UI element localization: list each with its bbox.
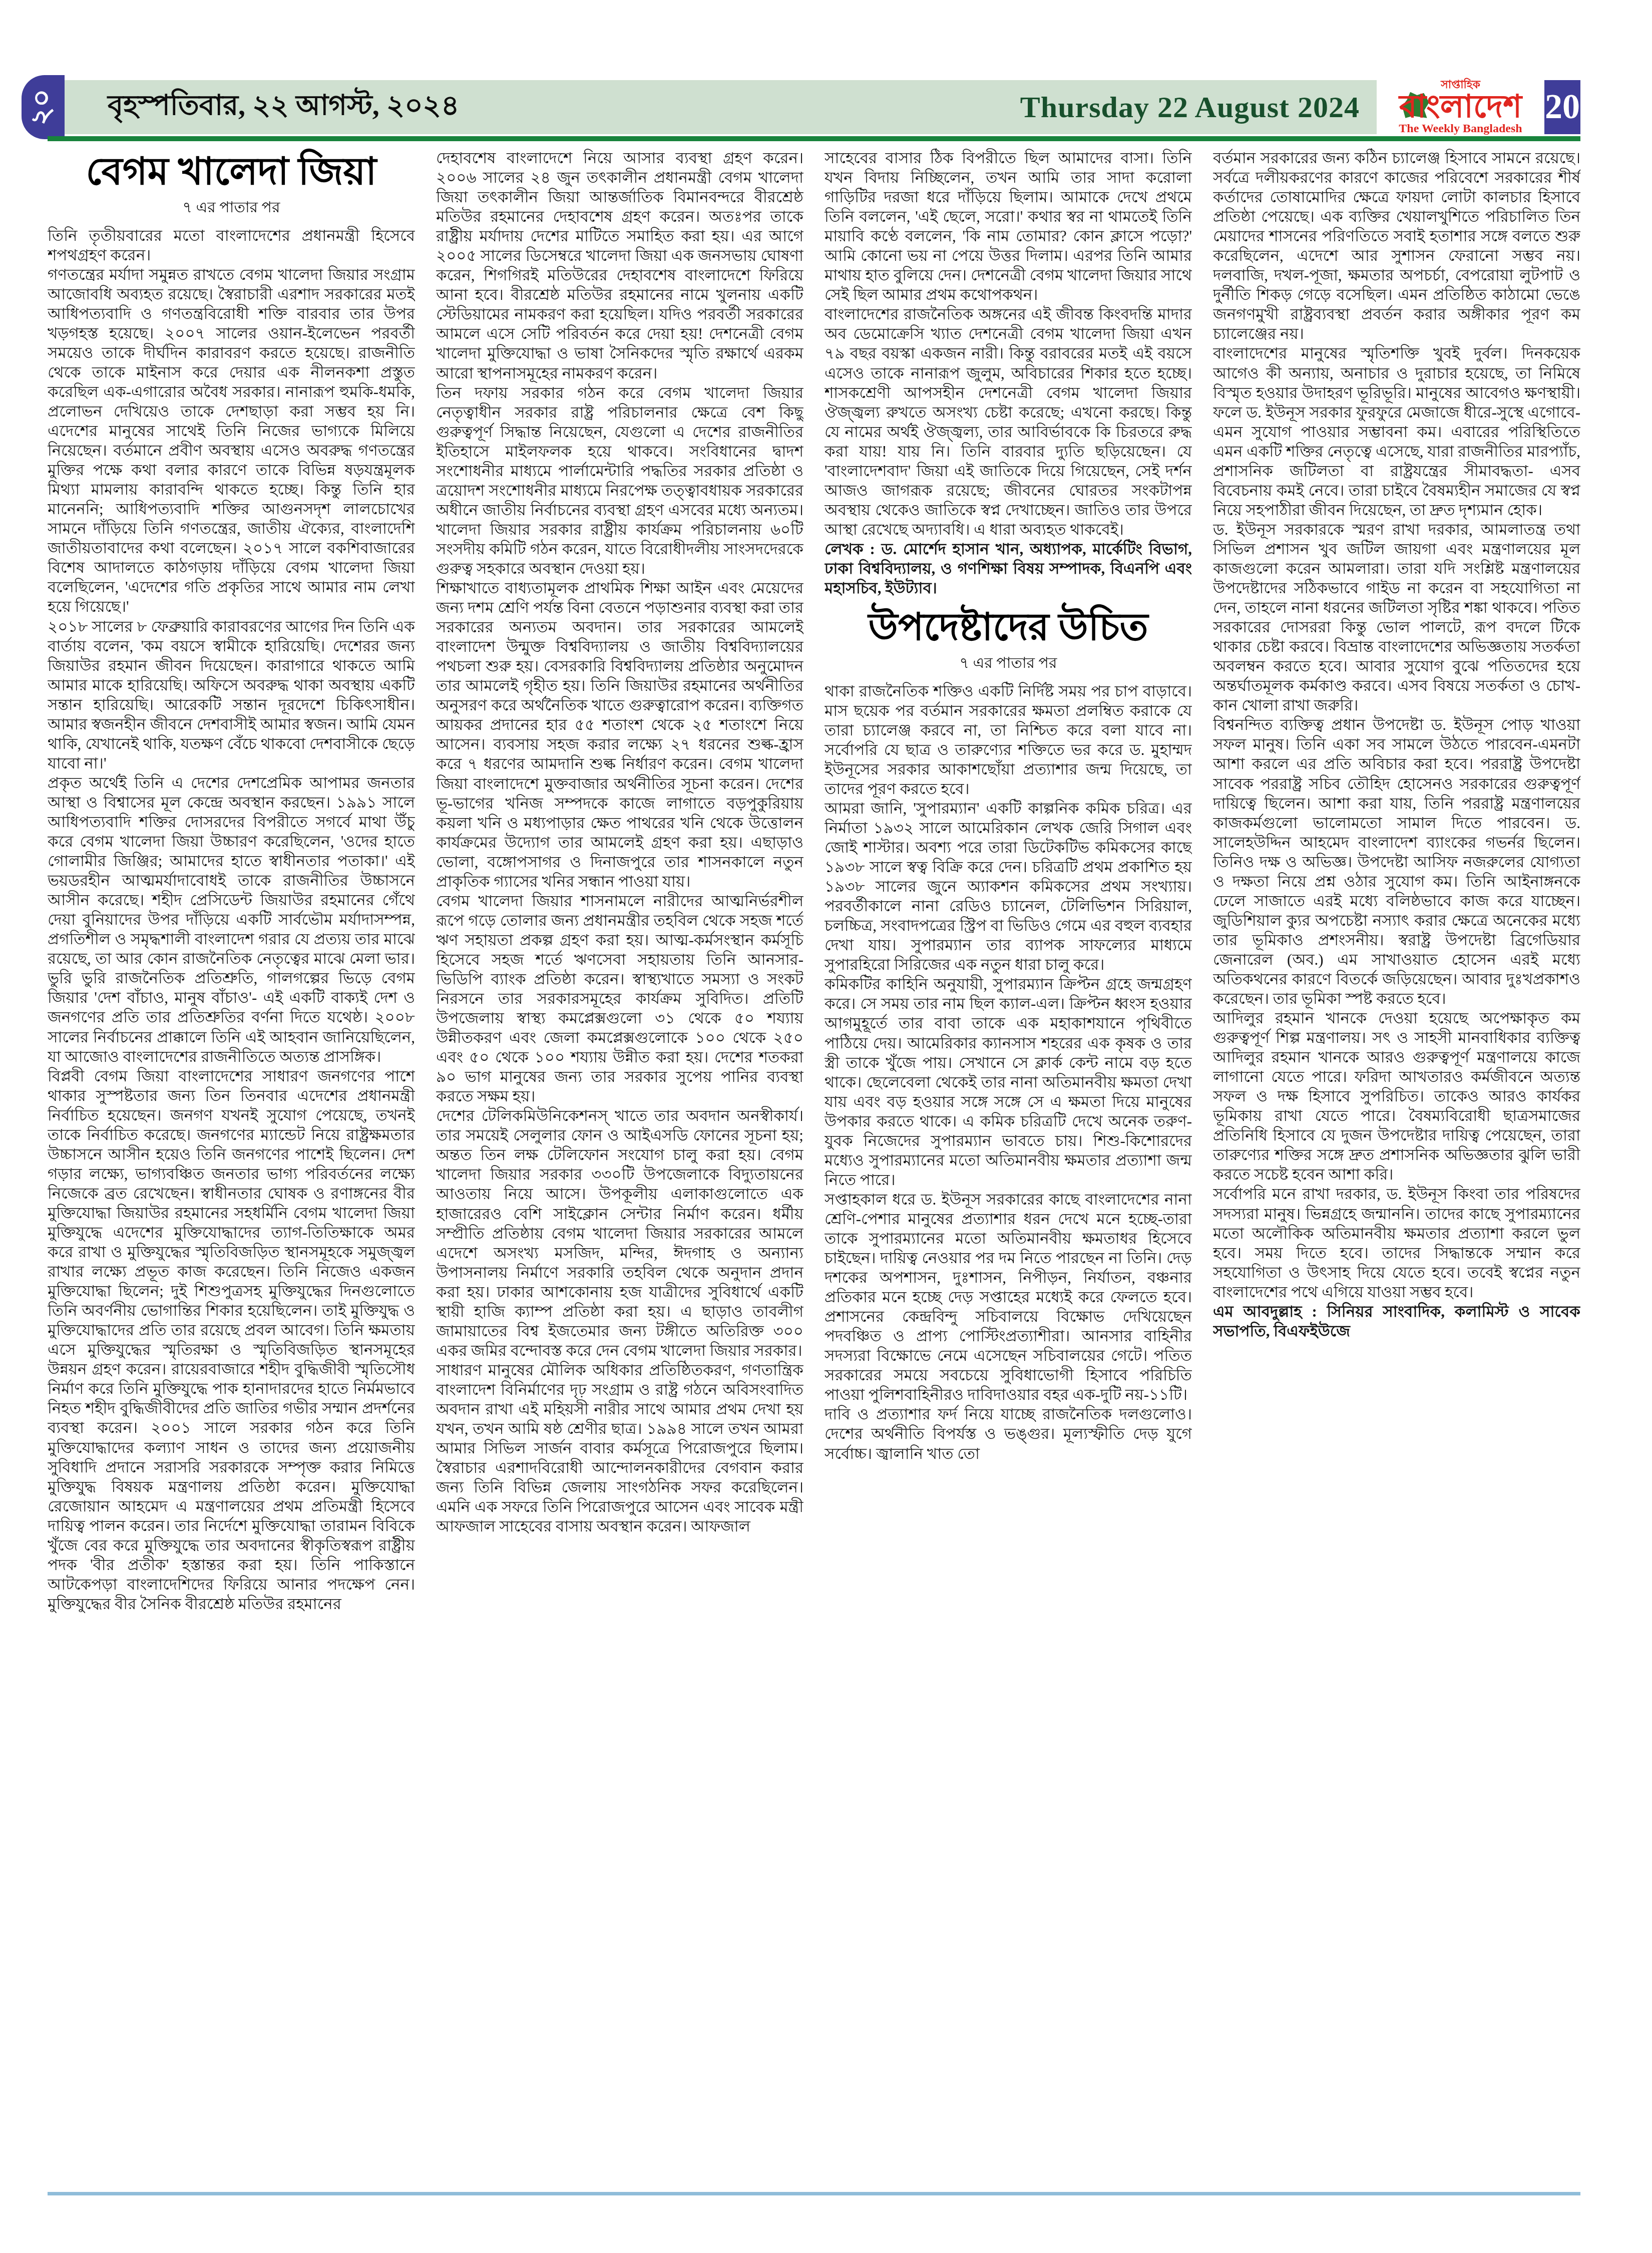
article-paragraph: কমিকটির কাহিনি অনুযায়ী, সুপারম্যান ক্রি… bbox=[824, 974, 1192, 1190]
article1-col2-text: দেহাবশেষ বাংলাদেশে নিয়ে আসার ব্যবস্থা গ… bbox=[436, 148, 803, 1536]
article-paragraph: তিনি তৃতীয়বারের মতো বাংলাদেশের প্রধানমন… bbox=[48, 226, 415, 265]
page-number-badge-en: 20 bbox=[1544, 80, 1580, 134]
article1-continuation-note: ৭ এর পাতার পর bbox=[48, 195, 415, 221]
article-paragraph: সপ্তাহকাল ধরে ড. ইউনূস সরকারের কাছে বাংল… bbox=[824, 1190, 1192, 1405]
article-paragraph: ড. ইউনূস সরকারকে স্মরণ রাখা দরকার, আমলাত… bbox=[1213, 520, 1580, 715]
column-3: সাহেবের বাসার ঠিক বিপরীতে ছিল আমাদের বাস… bbox=[824, 148, 1192, 2177]
article-paragraph: দেশের টেলিকমিউনিকেশনস্ খাতে তার অবদান অন… bbox=[436, 1106, 803, 1360]
article-paragraph: ২০১৮ সালের ৮ ফেব্রুয়ারি কারাবরণের আগের … bbox=[48, 617, 415, 773]
article-paragraph: গণতন্ত্রের মর্যাদা সমুন্নত রাখতে বেগম খা… bbox=[48, 265, 415, 617]
article-paragraph: সর্বোপরি মনে রাখা দরকার, ড. ইউনূস কিংবা … bbox=[1213, 1184, 1580, 1301]
column-2: দেহাবশেষ বাংলাদেশে নিয়ে আসার ব্যবস্থা গ… bbox=[436, 148, 803, 2177]
article-paragraph: বিপ্লবী বেগম জিয়া বাংলাদেশের সাধারণ জনগ… bbox=[48, 1066, 415, 1614]
article-paragraph: তিন দফায় সরকার গঠন করে বেগম খালেদা জিয়… bbox=[436, 383, 803, 578]
article-paragraph: বিশ্বনন্দিত ব্যক্তিত্ব প্রধান উপদেষ্টা ড… bbox=[1213, 715, 1580, 1008]
article-paragraph: থাকা রাজনৈতিক শক্তিও একটি নির্দিষ্ট সময়… bbox=[824, 681, 1192, 799]
article1-col1-text: তিনি তৃতীয়বারের মতো বাংলাদেশের প্রধানমন… bbox=[48, 226, 415, 1614]
article2-continuation-note: ৭ এর পাতার পর bbox=[824, 651, 1192, 676]
logo-title-text: বাংলাদেশ bbox=[1399, 89, 1522, 124]
article1-col3-text: সাহেবের বাসার ঠিক বিপরীতে ছিল আমাদের বাস… bbox=[824, 148, 1192, 598]
footer-divider bbox=[48, 2192, 1580, 2195]
article-paragraph: প্রকৃত অর্থেই তিনি এ দেশের দেশপ্রেমিক আপ… bbox=[48, 773, 415, 1066]
logo-subtitle-en: The Weekly Bangladesh bbox=[1399, 123, 1522, 135]
article-paragraph: দেহাবশেষ বাংলাদেশে নিয়ে আসার ব্যবস্থা গ… bbox=[436, 148, 803, 383]
date-english: Thursday 22 August 2024 bbox=[1020, 80, 1360, 134]
article2-col3-text: থাকা রাজনৈতিক শক্তিও একটি নির্দিষ্ট সময়… bbox=[824, 681, 1192, 1463]
article-paragraph: বর্তমান সরকারের জন্য কঠিন চ্যালেঞ্জ হিসা… bbox=[1213, 148, 1580, 343]
article-paragraph: সাহেবের বাসার ঠিক বিপরীতে ছিল আমাদের বাস… bbox=[824, 148, 1192, 304]
column-4: বর্তমান সরকারের জন্য কঠিন চ্যালেঞ্জ হিসা… bbox=[1213, 148, 1580, 2177]
article-paragraph: বাংলাদেশের মানুষের স্মৃতিশক্তি খুবই দুর্… bbox=[1213, 343, 1580, 519]
page-number-bn: ২০ bbox=[20, 89, 67, 126]
page-number-badge-bn: ২০ bbox=[22, 75, 65, 139]
newspaper-page: ২০ বৃহস্পতিবার, ২২ আগস্ট, ২০২৪ Thursday … bbox=[0, 0, 1652, 2253]
article-paragraph: দাবি ও প্রত্যাশার ফর্দ নিয়ে যাচ্ছে রাজন… bbox=[824, 1404, 1192, 1463]
article-paragraph: বেগম খালেদা জিয়ার শাসনামলে নারীদের আত্ম… bbox=[436, 891, 803, 1106]
newspaper-logo: সাপ্তাহিক বাংলাদেশ The Weekly Bangladesh bbox=[1377, 76, 1544, 138]
article2-headline: উপদেষ্টাদের উচিত bbox=[824, 607, 1192, 649]
article-paragraph: সাধারণ মানুষের মৌলিক অধিকার প্রতিষ্ঠিতকর… bbox=[436, 1360, 803, 1536]
header-bar: ২০ বৃহস্পতিবার, ২২ আগস্ট, ২০২৪ Thursday … bbox=[48, 80, 1377, 134]
article2-col4-text: বর্তমান সরকারের জন্য কঠিন চ্যালেঞ্জ হিসা… bbox=[1213, 148, 1580, 1341]
article-paragraph: শিক্ষাখাতে বাধ্যতামূলক প্রাথমিক শিক্ষা আ… bbox=[436, 578, 803, 891]
header-divider bbox=[48, 136, 1580, 141]
article-paragraph: আদিলুর রহমান খানকে দেওয়া হয়েছে অপেক্ষা… bbox=[1213, 1008, 1580, 1184]
logo-title-bn: বাংলাদেশ bbox=[1399, 90, 1522, 123]
date-bengali: বৃহস্পতিবার, ২২ আগস্ট, ২০২৪ bbox=[108, 80, 459, 134]
column-1: বেগম খালেদা জিয়া ৭ এর পাতার পর তিনি তৃত… bbox=[48, 148, 415, 2177]
article1-headline: বেগম খালেদা জিয়া bbox=[48, 151, 415, 193]
article-paragraph: বাংলাদেশের রাজনৈতিক অঙ্গনের এই জীবন্ত কি… bbox=[824, 304, 1192, 539]
article-columns: বেগম খালেদা জিয়া ৭ এর পাতার পর তিনি তৃত… bbox=[48, 148, 1580, 2177]
article-paragraph: এম আবদুল্লাহ : সিনিয়র সাংবাদিক, কলামিস্… bbox=[1213, 1302, 1580, 1341]
article-paragraph: লেখক : ড. মোর্শেদ হাসান খান, অধ্যাপক, মা… bbox=[824, 539, 1192, 598]
article-paragraph: আমরা জানি, 'সুপারম্যান' একটি কাল্পনিক কম… bbox=[824, 799, 1192, 974]
